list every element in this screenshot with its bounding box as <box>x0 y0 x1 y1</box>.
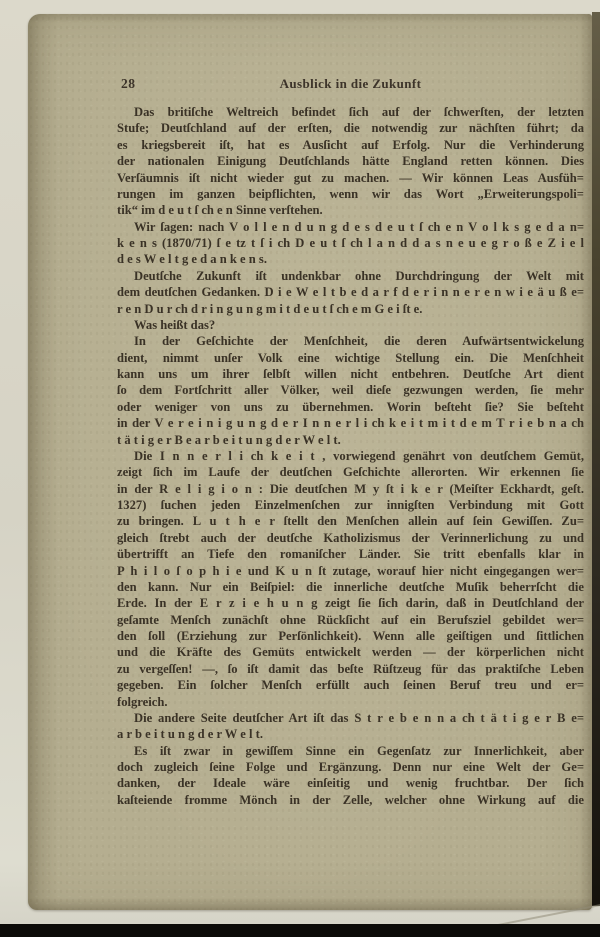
book-page: 28 Ausblick in die Zukunft Das britiſche… <box>28 14 592 910</box>
text-line: 1327) ſuchen jeden Einzelmenſchen zur in… <box>117 497 584 513</box>
text-line: In der Geſchichte der Menſchheit, die de… <box>117 333 584 349</box>
page-header: 28 Ausblick in die Zukunft <box>117 76 584 94</box>
text-line: P h i l o ſ o p h i e und K u n ſt zutag… <box>117 563 584 579</box>
scanned-book-page-view: 28 Ausblick in die Zukunft Das britiſche… <box>0 0 600 937</box>
text-line: Es iſt zwar in gewiſſem Sinne ein Gegenſ… <box>117 743 584 759</box>
text-line: der nationalen Einigung Deutſchlands hät… <box>117 153 584 169</box>
text-line: oder weniger von uns zu übernehmen. Wori… <box>117 399 584 415</box>
text-line: in der V e r e i n i g u n g d e r I n n… <box>117 415 584 431</box>
text-line: Stufe; Deutſchland auf der erſten, die n… <box>117 120 584 136</box>
book-edge-shadow <box>592 12 600 906</box>
text-line: kaſteiende fromme Mönch in der Zelle, we… <box>117 792 584 808</box>
text-line: gegeben. Ein ſolcher Menſch erfüllt auch… <box>117 677 584 693</box>
text-line: zu bringen. L u t h e r ſtellt den Menſc… <box>117 513 584 529</box>
text-line: folgreich. <box>117 694 584 710</box>
page-text: Das britiſche Weltreich befindet ſich au… <box>117 104 584 808</box>
text-line: Erde. In der E r z i e h u n g zeigt ſie… <box>117 595 584 611</box>
text-line: Verſäumnis iſt nicht wieder gut zu mache… <box>117 170 584 186</box>
text-line: in der R e l i g i o n : Die deutſchen M… <box>117 481 584 497</box>
text-line: rungen im ganzen beipflichten, wenn wir … <box>117 186 584 202</box>
text-line: Die I n n e r l i ch k e i t , vorwiegen… <box>117 448 584 464</box>
running-title: Ausblick in die Zukunft <box>117 76 584 92</box>
text-line: Deutſche Zukunft iſt undenkbar ohne Durc… <box>117 268 584 284</box>
text-line: danken, der Ideale wäre einſeitig und we… <box>117 775 584 791</box>
text-line: a r b e i t u n g d e r W e l t. <box>117 726 584 742</box>
text-line: den ſoll (Erziehung zur Perſönlichkeit).… <box>117 628 584 644</box>
text-line: r e n D u r ch d r i n g u n g m i t d e… <box>117 301 584 317</box>
text-line: und die Kräfte des Gemüts entwickelt wer… <box>117 644 584 660</box>
text-line: dem deutſchen Gedanken. D i e W e l t b … <box>117 284 584 300</box>
text-line: übertrifft an Tiefe den romaniſcher Länd… <box>117 546 584 562</box>
text-line: k e n s (1870/71) ſ e tz t ſ i ch D e u … <box>117 235 584 251</box>
text-line: den kann. Nur ein Beiſpiel: die innerlic… <box>117 579 584 595</box>
text-line: Das britiſche Weltreich befindet ſich au… <box>117 104 584 120</box>
text-line: dient, nimmt unſer Volk eine wichtige St… <box>117 350 584 366</box>
text-line: Was heißt das? <box>117 317 584 333</box>
scan-border <box>0 924 600 937</box>
text-line: tik“ im d e u t ſ ch e n Sinne verſtehen… <box>117 202 584 218</box>
text-line: zu vergeſſen! —, ſo iſt damit das beſte … <box>117 661 584 677</box>
text-line: gleich ſtrebt auch der deutſche Katholiz… <box>117 530 584 546</box>
text-line: doch zugleich ſeine Folge und Ergänzung.… <box>117 759 584 775</box>
text-line: d e s W e l t g e d a n k e n s. <box>117 251 584 267</box>
text-line: zeigt ſich im Laufe der deutſchen Geſchi… <box>117 464 584 480</box>
text-line: ſo dem Fortſchritt aller Völker, weil di… <box>117 382 584 398</box>
text-line: kann uns um ihrer ſelbſt willen nicht en… <box>117 366 584 382</box>
text-line: Die andere Seite deutſcher Art iſt das S… <box>117 710 584 726</box>
text-line: Wir ſagen: nach V o l l e n d u n g d e … <box>117 219 584 235</box>
text-line: geſamte Menſch zunächſt ohne Rückſicht a… <box>117 612 584 628</box>
text-line: es kriegsbereit iſt, hat es Ausſicht auf… <box>117 137 584 153</box>
text-line: t ä t i g e r B e a r b e i t u n g d e … <box>117 432 584 448</box>
